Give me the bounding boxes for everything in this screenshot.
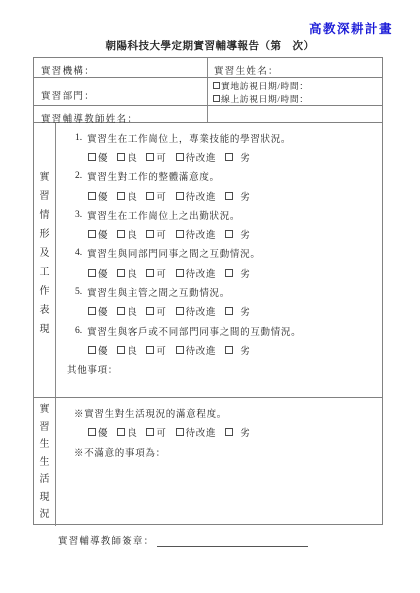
side-char: 實 [40,404,50,416]
rating-checkbox[interactable] [225,153,233,161]
side-char: 生 [40,457,50,469]
row-advisor: 實習輔導教師姓名： [34,105,382,122]
rating-row-3: 優 良 可 待改進 劣 [56,224,382,243]
rating-option[interactable]: 優 [88,227,108,241]
rating-checkbox[interactable] [225,192,233,200]
dept-label: 實習部門： [41,92,95,102]
side-char: 況 [40,509,50,521]
signature-field[interactable] [157,535,308,547]
rating-checkbox[interactable] [88,192,96,200]
side-char: 情 [40,206,50,225]
rating-checkbox[interactable] [225,428,233,436]
side-char: 習 [40,187,50,206]
rating-option[interactable]: 良 [117,227,137,241]
rating-row-4: 優 良 可 待改進 劣 [56,263,382,282]
rating-option[interactable]: 待改進 [176,304,217,318]
rating-option[interactable]: 劣 [225,266,250,280]
work-section-content: 1. 實習生在工作崗位上，專業技能的學習狀況。 優 良 可 待改進 劣 2. 實… [56,123,382,397]
rating-checkbox[interactable] [88,346,96,354]
rating-option[interactable]: 可 [146,266,166,280]
report-form-table: 實習機構： 實習生姓名： 實習部門： 實地訪視日期/時間： 線上訪視 [33,57,383,525]
rating-checkbox[interactable] [117,346,125,354]
signature-row: 實習輔導教師簽章： [58,533,308,547]
advisor-blank-cell[interactable] [208,106,382,122]
question-1: 1. 實習生在工作崗位上，專業技能的學習狀況。 [56,128,382,147]
question-number: 6. [75,326,82,336]
rating-option[interactable]: 劣 [225,150,250,164]
rating-checkbox[interactable] [225,269,233,277]
side-char: 實 [40,168,50,187]
rating-checkbox[interactable] [176,192,184,200]
online-visit-checkbox[interactable] [213,95,220,102]
rating-option[interactable]: 待改進 [176,266,217,280]
side-char: 生 [40,439,50,451]
rating-checkbox[interactable] [176,230,184,238]
rating-checkbox[interactable] [117,428,125,436]
rating-option[interactable]: 優 [88,150,108,164]
life-satisfaction-question: ※實習生對生活現況的滿意程度。 [56,403,382,423]
rating-option[interactable]: 劣 [225,343,250,357]
rating-option[interactable]: 可 [146,150,166,164]
question-text: 實習生與同部門同事之間之互動情況。 [87,246,260,260]
side-char: 習 [40,422,50,434]
life-section-content: ※實習生對生活現況的滿意程度。 優 良 可 待改進 劣 ※不滿意的事項為： [56,398,382,526]
rating-option[interactable]: 劣 [225,227,250,241]
question-text: 實習生在工作崗位上，專業技能的學習狀況。 [87,131,291,145]
question-text: ※不滿意的事項為： [74,445,166,459]
form-page: 高教深耕計畫 朝陽科技大學定期實習輔導報告（第 次） 實習機構： 實習生姓名： … [0,0,420,593]
rating-checkbox[interactable] [176,269,184,277]
question-number: 1. [75,133,82,143]
rating-checkbox[interactable] [146,346,154,354]
life-section-side-label: 實 習 生 生 活 現 況 [34,398,56,526]
question-text: ※實習生對生活現況的滿意程度。 [74,406,227,420]
rating-checkbox[interactable] [88,230,96,238]
other-notes-label: 其他事項： [67,362,118,376]
org-cell[interactable]: 實習機構： [34,58,208,77]
onsite-visit-label: 實地訪視日期/時間： [221,79,309,92]
other-notes-row: 其他事項： [56,360,382,379]
student-name-cell[interactable]: 實習生姓名： [208,58,382,77]
rating-option[interactable]: 優 [88,304,108,318]
question-6: 6. 實習生與客戶或不同部門同事之間的互動情況。 [56,321,382,340]
question-number: 4. [75,248,82,258]
visit-cell: 實地訪視日期/時間： 線上訪視日期/時間： [208,78,382,105]
question-text: 實習生在工作崗位上之出勤狀況。 [87,208,240,222]
rating-option[interactable]: 良 [117,343,137,357]
question-text: 實習生對工作的整體滿意度。 [87,169,220,183]
visit-options: 實地訪視日期/時間： 線上訪視日期/時間： [213,78,382,105]
student-name-label: 實習生姓名： [214,67,279,77]
program-badge: 高教深耕計畫 [309,19,393,37]
rating-option[interactable]: 待改進 [176,189,217,203]
rating-checkbox[interactable] [225,230,233,238]
page-title: 朝陽科技大學定期實習輔導報告（第 次） [0,38,420,53]
work-section-side-label: 實 習 情 形 及 工 作 表 現 [34,123,56,397]
life-dissatisfaction-question: ※不滿意的事項為： [56,442,382,462]
rating-checkbox[interactable] [117,307,125,315]
question-number: 3. [75,210,82,220]
rating-checkbox[interactable] [176,307,184,315]
rating-option[interactable]: 可 [146,227,166,241]
side-char: 作 [40,282,50,301]
question-text: 實習生與主管之間之互動情況。 [87,285,230,299]
question-text: 實習生與客戶或不同部門同事之間的互動情況。 [87,324,301,338]
rating-checkbox[interactable] [146,269,154,277]
rating-row-1: 優 良 可 待改進 劣 [56,147,382,166]
signature-label: 實習輔導教師簽章： [58,533,154,547]
rating-option[interactable]: 優 [88,266,108,280]
row-organization: 實習機構： 實習生姓名： [34,58,382,77]
side-char: 形 [40,225,50,244]
rating-option[interactable]: 可 [146,304,166,318]
advisor-cell[interactable]: 實習輔導教師姓名： [34,106,208,122]
other-notes-blank[interactable] [118,360,382,379]
rating-checkbox[interactable] [146,428,154,436]
online-visit-label: 線上訪視日期/時間： [221,92,309,105]
rating-option[interactable]: 可 [146,343,166,357]
rating-option[interactable]: 待改進 [176,227,217,241]
rating-row-life: 優 良 可 待改進 劣 [56,423,382,442]
rating-checkbox[interactable] [146,230,154,238]
visit-onsite-row[interactable]: 實地訪視日期/時間： [213,79,382,92]
question-2: 2. 實習生對工作的整體滿意度。 [56,167,382,186]
visit-online-row[interactable]: 線上訪視日期/時間： [213,92,382,105]
rating-checkbox[interactable] [146,307,154,315]
rating-checkbox[interactable] [176,428,184,436]
question-3: 3. 實習生在工作崗位上之出勤狀況。 [56,205,382,224]
rating-option[interactable]: 優 [88,343,108,357]
rating-option[interactable]: 優 [88,189,108,203]
section-work-performance: 實 習 情 形 及 工 作 表 現 1. 實習生在工作崗位上，專業技能的學習狀況… [34,122,382,397]
side-char: 及 [40,244,50,263]
question-number: 5. [75,287,82,297]
question-4: 4. 實習生與同部門同事之間之互動情況。 [56,244,382,263]
rating-row-5: 優 良 可 待改進 劣 [56,302,382,321]
rating-checkbox[interactable] [117,230,125,238]
onsite-visit-checkbox[interactable] [213,82,220,89]
rating-option[interactable]: 待改進 [176,343,217,357]
row-department: 實習部門： 實地訪視日期/時間： 線上訪視日期/時間： [34,77,382,105]
rating-option[interactable]: 良 [117,189,137,203]
rating-row-2: 優 良 可 待改進 劣 [56,186,382,205]
question-5: 5. 實習生與主管之間之互動情況。 [56,282,382,301]
rating-checkbox[interactable] [146,153,154,161]
rating-option[interactable]: 良 [117,150,137,164]
rating-option[interactable]: 良 [117,266,137,280]
rating-option[interactable]: 良 [117,425,137,439]
rating-checkbox[interactable] [117,153,125,161]
dept-cell[interactable]: 實習部門： [34,78,208,105]
rating-checkbox[interactable] [88,428,96,436]
rating-checkbox[interactable] [176,153,184,161]
side-char: 工 [40,263,50,282]
rating-option[interactable]: 待改進 [176,425,217,439]
dissatisfaction-blank[interactable] [166,442,382,462]
rating-option[interactable]: 可 [146,425,166,439]
question-number: 2. [75,171,82,181]
rating-checkbox[interactable] [176,346,184,354]
side-char: 現 [40,320,50,339]
side-char: 現 [40,492,50,504]
rating-option[interactable]: 劣 [225,189,250,203]
org-label: 實習機構： [41,67,95,77]
side-char: 表 [40,301,50,320]
rating-checkbox[interactable] [88,307,96,315]
rating-option[interactable]: 優 [88,425,108,439]
rating-row-6: 優 良 可 待改進 劣 [56,340,382,359]
rating-option[interactable]: 可 [146,189,166,203]
rating-checkbox[interactable] [88,153,96,161]
rating-checkbox[interactable] [117,192,125,200]
rating-option[interactable]: 良 [117,304,137,318]
rating-checkbox[interactable] [88,269,96,277]
rating-checkbox[interactable] [225,346,233,354]
rating-checkbox[interactable] [146,192,154,200]
rating-option[interactable]: 待改進 [176,150,217,164]
side-char: 活 [40,474,50,486]
rating-checkbox[interactable] [225,307,233,315]
section-living-conditions: 實 習 生 生 活 現 況 ※實習生對生活現況的滿意程度。 優 良 可 待改進 … [34,397,382,526]
rating-checkbox[interactable] [117,269,125,277]
rating-option[interactable]: 劣 [225,425,250,439]
rating-option[interactable]: 劣 [225,304,250,318]
